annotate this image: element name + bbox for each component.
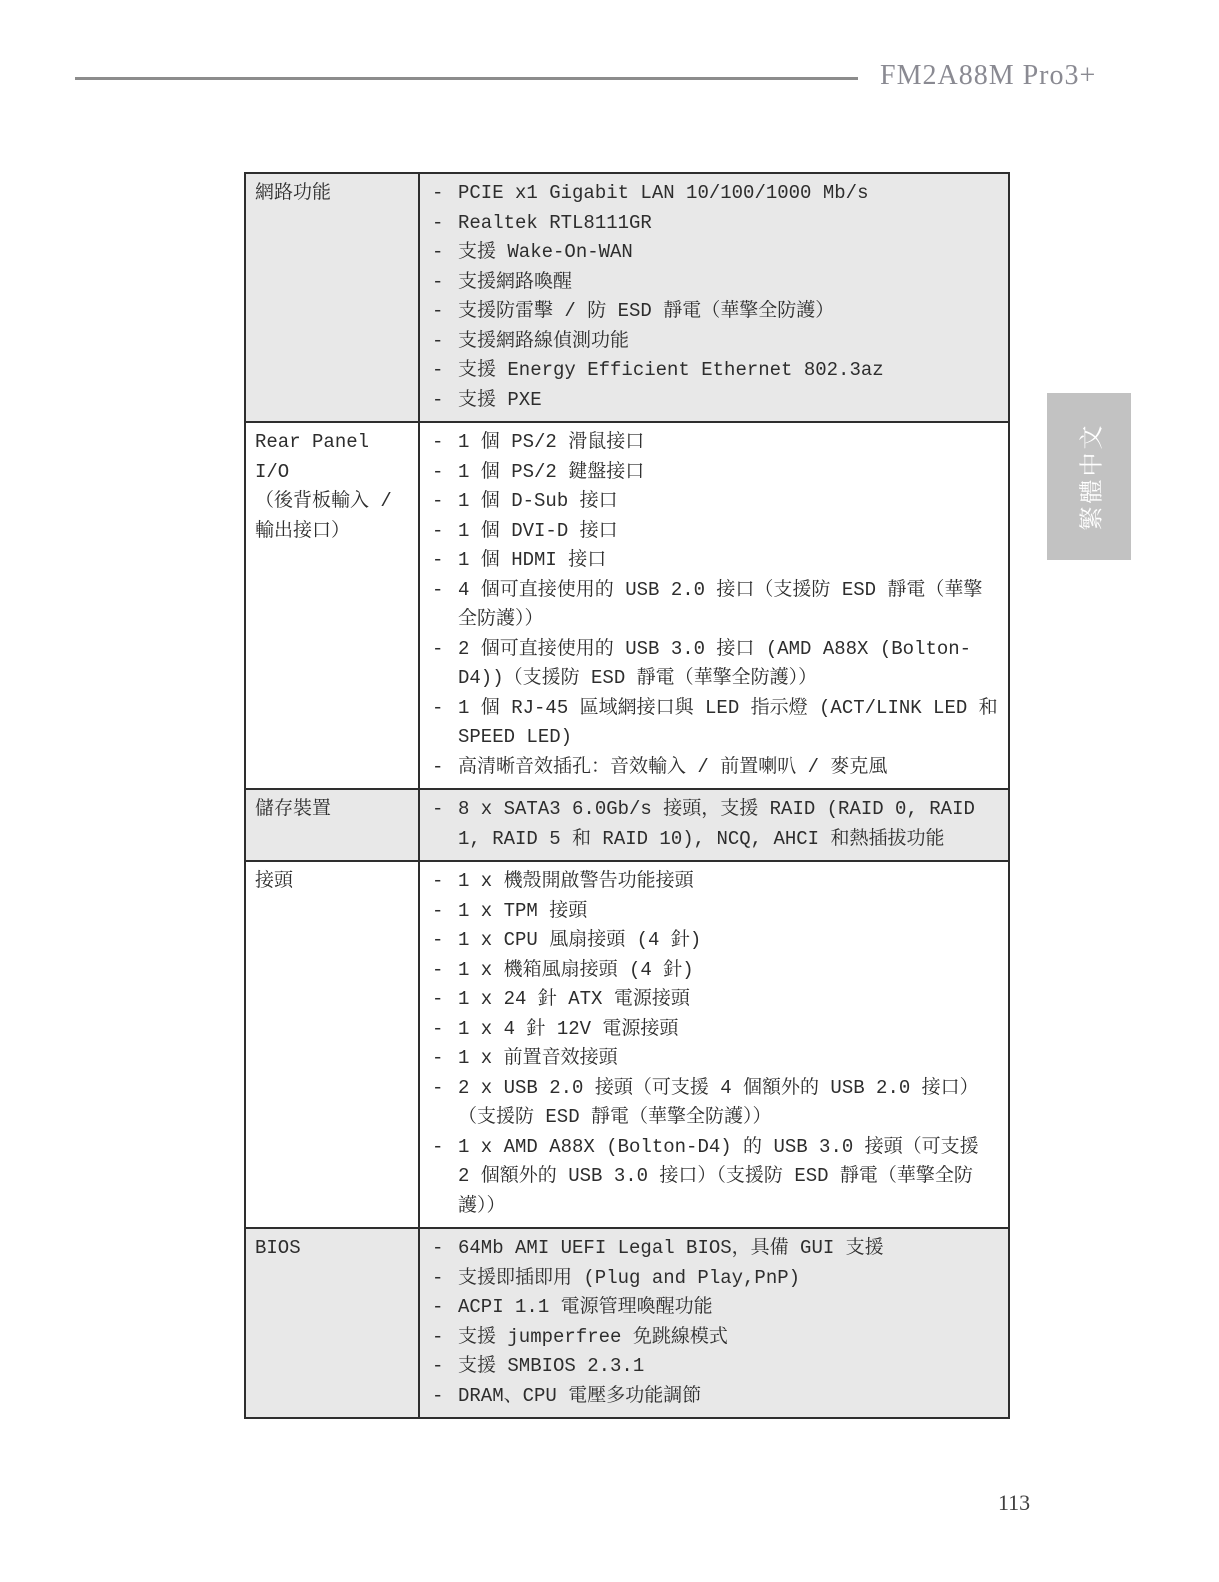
bullet-dash: - xyxy=(432,356,458,386)
bullet-dash: - xyxy=(432,753,458,783)
language-tab-label: 繁體中文 xyxy=(1072,423,1107,531)
language-side-tab: 繁體中文 xyxy=(1047,393,1131,560)
spec-item: -64Mb AMI UEFI Legal BIOS，具備 GUI 支援 xyxy=(432,1234,998,1264)
bullet-dash: - xyxy=(432,1234,458,1264)
spec-item-text: 支援 Energy Efficient Ethernet 802.3az xyxy=(458,356,998,386)
spec-item-text: 2 個可直接使用的 USB 3.0 接口 (AMD A88X (Bolton-D… xyxy=(458,635,998,694)
spec-item: -Realtek RTL8111GR xyxy=(432,209,998,239)
bullet-dash: - xyxy=(432,985,458,1015)
spec-item-text: 1 x 機殼開啟警告功能接頭 xyxy=(458,867,998,897)
spec-row-label-line: 接頭 xyxy=(255,867,410,897)
bullet-dash: - xyxy=(432,1382,458,1412)
spec-item-text: 1 個 PS/2 滑鼠接口 xyxy=(458,428,998,458)
page-title: FM2A88M Pro3+ xyxy=(880,60,1096,92)
spec-item-text: 2 x USB 2.0 接頭（可支援 4 個額外的 USB 2.0 接口）（支援… xyxy=(458,1074,998,1133)
spec-row-content: -64Mb AMI UEFI Legal BIOS，具備 GUI 支援-支援即插… xyxy=(419,1228,1009,1418)
spec-item: -1 個 PS/2 滑鼠接口 xyxy=(432,428,998,458)
spec-row-label-line: Rear Panel xyxy=(255,428,410,458)
spec-row-label: 儲存裝置 xyxy=(245,789,419,861)
spec-row-content: -1 個 PS/2 滑鼠接口-1 個 PS/2 鍵盤接口-1 個 D-Sub 接… xyxy=(419,422,1009,789)
spec-item-text: 支援 PXE xyxy=(458,386,998,416)
bullet-dash: - xyxy=(432,179,458,209)
bullet-dash: - xyxy=(432,517,458,547)
spec-item: -支援 Wake-On-WAN xyxy=(432,238,998,268)
spec-row: Rear PanelI/O（後背板輸入 /輸出接口）-1 個 PS/2 滑鼠接口… xyxy=(245,422,1009,789)
spec-item-text: 支援 SMBIOS 2.3.1 xyxy=(458,1352,998,1382)
spec-item-text: 1 x CPU 風扇接頭 (4 針) xyxy=(458,926,998,956)
spec-item: -PCIE x1 Gigabit LAN 10/100/1000 Mb/s xyxy=(432,179,998,209)
spec-item: -2 x USB 2.0 接頭（可支援 4 個額外的 USB 2.0 接口）（支… xyxy=(432,1074,998,1133)
spec-item-text: 高清晰音效插孔：音效輸入 / 前置喇叭 / 麥克風 xyxy=(458,753,998,783)
spec-item: -支援網路線偵測功能 xyxy=(432,327,998,357)
bullet-dash: - xyxy=(432,546,458,576)
bullet-dash: - xyxy=(432,327,458,357)
spec-item: -1 x 4 針 12V 電源接頭 xyxy=(432,1015,998,1045)
spec-row-label: Rear PanelI/O（後背板輸入 /輸出接口） xyxy=(245,422,419,789)
spec-item: -高清晰音效插孔：音效輸入 / 前置喇叭 / 麥克風 xyxy=(432,753,998,783)
bullet-dash: - xyxy=(432,1074,458,1104)
bullet-dash: - xyxy=(432,867,458,897)
spec-item: -1 個 PS/2 鍵盤接口 xyxy=(432,458,998,488)
bullet-dash: - xyxy=(432,694,458,724)
spec-item-text: 支援防雷擊 / 防 ESD 靜電（華擎全防護） xyxy=(458,297,998,327)
bullet-dash: - xyxy=(432,635,458,665)
spec-item: -ACPI 1.1 電源管理喚醒功能 xyxy=(432,1293,998,1323)
spec-item: -支援網路喚醒 xyxy=(432,268,998,298)
spec-row-content: -8 x SATA3 6.0Gb/s 接頭，支援 RAID (RAID 0, R… xyxy=(419,789,1009,861)
spec-row-label: 網路功能 xyxy=(245,173,419,422)
spec-item-text: 支援 Wake-On-WAN xyxy=(458,238,998,268)
spec-row-label: 接頭 xyxy=(245,861,419,1228)
bullet-dash: - xyxy=(432,386,458,416)
bullet-dash: - xyxy=(432,1293,458,1323)
bullet-dash: - xyxy=(432,576,458,606)
spec-item-text: DRAM、CPU 電壓多功能調節 xyxy=(458,1382,998,1412)
spec-item-text: 支援網路線偵測功能 xyxy=(458,327,998,357)
spec-item: -1 個 RJ-45 區域網接口與 LED 指示燈 (ACT/LINK LED … xyxy=(432,694,998,753)
bullet-dash: - xyxy=(432,487,458,517)
spec-item-text: PCIE x1 Gigabit LAN 10/100/1000 Mb/s xyxy=(458,179,998,209)
spec-item: -1 x 前置音效接頭 xyxy=(432,1044,998,1074)
spec-item: -支援 Energy Efficient Ethernet 802.3az xyxy=(432,356,998,386)
spec-item: -2 個可直接使用的 USB 3.0 接口 (AMD A88X (Bolton-… xyxy=(432,635,998,694)
spec-item: -1 x AMD A88X (Bolton-D4) 的 USB 3.0 接頭（可… xyxy=(432,1133,998,1222)
spec-row-content: -PCIE x1 Gigabit LAN 10/100/1000 Mb/s-Re… xyxy=(419,173,1009,422)
spec-item-text: Realtek RTL8111GR xyxy=(458,209,998,239)
bullet-dash: - xyxy=(432,1352,458,1382)
spec-item: -DRAM、CPU 電壓多功能調節 xyxy=(432,1382,998,1412)
bullet-dash: - xyxy=(432,297,458,327)
spec-item: -支援 SMBIOS 2.3.1 xyxy=(432,1352,998,1382)
bullet-dash: - xyxy=(432,428,458,458)
bullet-dash: - xyxy=(432,795,458,825)
bullet-dash: - xyxy=(432,268,458,298)
spec-row-label-line: 網路功能 xyxy=(255,179,410,209)
spec-item: -1 個 D-Sub 接口 xyxy=(432,487,998,517)
spec-item: -1 個 HDMI 接口 xyxy=(432,546,998,576)
header-rule xyxy=(75,77,858,80)
spec-item-text: 1 x AMD A88X (Bolton-D4) 的 USB 3.0 接頭（可支… xyxy=(458,1133,998,1222)
spec-item-text: 1 x 前置音效接頭 xyxy=(458,1044,998,1074)
spec-item-text: 1 個 DVI-D 接口 xyxy=(458,517,998,547)
spec-item: -支援 jumperfree 免跳線模式 xyxy=(432,1323,998,1353)
bullet-dash: - xyxy=(432,1264,458,1294)
spec-item: -1 x 機殼開啟警告功能接頭 xyxy=(432,867,998,897)
bullet-dash: - xyxy=(432,1015,458,1045)
spec-item-text: 1 x TPM 接頭 xyxy=(458,897,998,927)
spec-row-label-line: 輸出接口） xyxy=(255,517,410,547)
spec-row-content: -1 x 機殼開啟警告功能接頭-1 x TPM 接頭-1 x CPU 風扇接頭 … xyxy=(419,861,1009,1228)
spec-row-label-line: BIOS xyxy=(255,1234,410,1264)
spec-item: -1 x TPM 接頭 xyxy=(432,897,998,927)
spec-item-text: 8 x SATA3 6.0Gb/s 接頭，支援 RAID (RAID 0, RA… xyxy=(458,795,998,854)
bullet-dash: - xyxy=(432,209,458,239)
spec-item: -支援即插即用 (Plug and Play,PnP) xyxy=(432,1264,998,1294)
spec-item-text: 支援即插即用 (Plug and Play,PnP) xyxy=(458,1264,998,1294)
bullet-dash: - xyxy=(432,926,458,956)
spec-row: BIOS-64Mb AMI UEFI Legal BIOS，具備 GUI 支援-… xyxy=(245,1228,1009,1418)
spec-item: -1 個 DVI-D 接口 xyxy=(432,517,998,547)
spec-row: 接頭-1 x 機殼開啟警告功能接頭-1 x TPM 接頭-1 x CPU 風扇接… xyxy=(245,861,1009,1228)
spec-item-text: 支援 jumperfree 免跳線模式 xyxy=(458,1323,998,1353)
spec-item-text: 1 x 機箱風扇接頭 (4 針) xyxy=(458,956,998,986)
spec-item-text: ACPI 1.1 電源管理喚醒功能 xyxy=(458,1293,998,1323)
manual-page: FM2A88M Pro3+ 繁體中文 網路功能-PCIE x1 Gigabit … xyxy=(0,0,1219,1582)
spec-item: -支援 PXE xyxy=(432,386,998,416)
spec-item: -8 x SATA3 6.0Gb/s 接頭，支援 RAID (RAID 0, R… xyxy=(432,795,998,854)
bullet-dash: - xyxy=(432,238,458,268)
spec-item: -支援防雷擊 / 防 ESD 靜電（華擎全防護） xyxy=(432,297,998,327)
bullet-dash: - xyxy=(432,1323,458,1353)
bullet-dash: - xyxy=(432,897,458,927)
spec-item-text: 1 個 HDMI 接口 xyxy=(458,546,998,576)
spec-item-text: 支援網路喚醒 xyxy=(458,268,998,298)
spec-row: 網路功能-PCIE x1 Gigabit LAN 10/100/1000 Mb/… xyxy=(245,173,1009,422)
spec-item-text: 1 個 RJ-45 區域網接口與 LED 指示燈 (ACT/LINK LED 和… xyxy=(458,694,998,753)
spec-item-text: 4 個可直接使用的 USB 2.0 接口（支援防 ESD 靜電（華擎全防護）） xyxy=(458,576,998,635)
spec-item-text: 1 個 D-Sub 接口 xyxy=(458,487,998,517)
spec-item-text: 1 個 PS/2 鍵盤接口 xyxy=(458,458,998,488)
spec-table: 網路功能-PCIE x1 Gigabit LAN 10/100/1000 Mb/… xyxy=(244,172,1010,1419)
spec-item: -1 x 機箱風扇接頭 (4 針) xyxy=(432,956,998,986)
spec-row-label-line: I/O xyxy=(255,458,410,488)
spec-row: 儲存裝置-8 x SATA3 6.0Gb/s 接頭，支援 RAID (RAID … xyxy=(245,789,1009,861)
spec-item-text: 1 x 4 針 12V 電源接頭 xyxy=(458,1015,998,1045)
page-number: 113 xyxy=(998,1490,1030,1516)
spec-item: -1 x 24 針 ATX 電源接頭 xyxy=(432,985,998,1015)
bullet-dash: - xyxy=(432,1044,458,1074)
spec-row-label-line: 儲存裝置 xyxy=(255,795,410,825)
bullet-dash: - xyxy=(432,956,458,986)
spec-row-label-line: （後背板輸入 / xyxy=(255,487,410,517)
bullet-dash: - xyxy=(432,458,458,488)
spec-item: -4 個可直接使用的 USB 2.0 接口（支援防 ESD 靜電（華擎全防護）） xyxy=(432,576,998,635)
spec-item-text: 1 x 24 針 ATX 電源接頭 xyxy=(458,985,998,1015)
spec-row-label: BIOS xyxy=(245,1228,419,1418)
bullet-dash: - xyxy=(432,1133,458,1163)
spec-item: -1 x CPU 風扇接頭 (4 針) xyxy=(432,926,998,956)
spec-item-text: 64Mb AMI UEFI Legal BIOS，具備 GUI 支援 xyxy=(458,1234,998,1264)
